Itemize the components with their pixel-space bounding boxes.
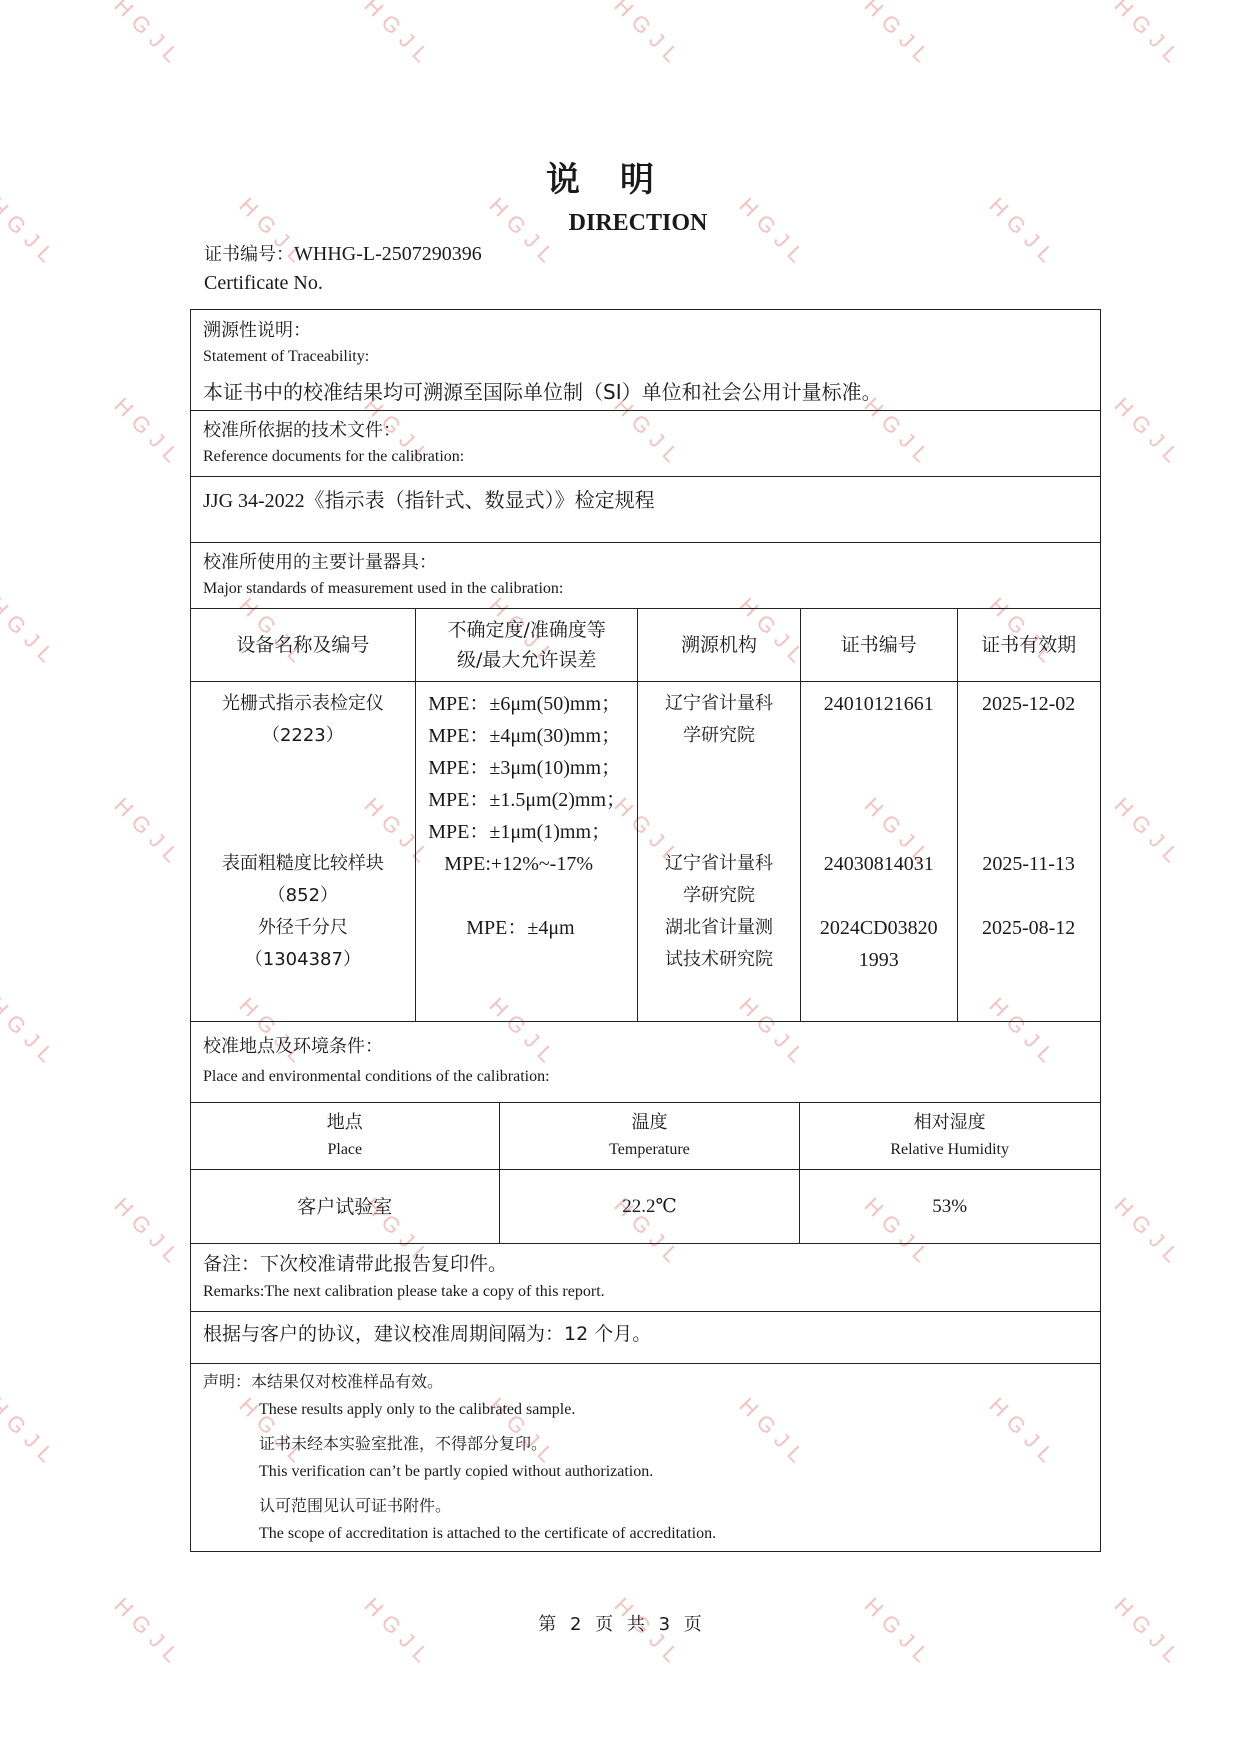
watermark-text: HGJL [109, 393, 190, 474]
standards-table: 设备名称及编号 不确定度/准确度等 级/最大允许误差 溯源机构 证书编号 证书有… [190, 608, 1101, 1022]
mpe-value: MPE：±6μm(50)mm； [428, 688, 633, 720]
col-header-uncertainty-line2: 级/最大允许误差 [420, 645, 633, 675]
page-title-en: DIRECTION [0, 210, 1240, 237]
page-number: 第 2 页 共 3 页 [0, 1610, 1240, 1636]
watermark-text: HGJL [1109, 793, 1190, 874]
watermark-text: HGJL [859, 0, 940, 73]
watermark-text: HGJL [0, 1393, 65, 1474]
remarks-cn: 备注：下次校准请带此报告复印件。 [203, 1249, 507, 1276]
institution-line: 试技术研究院 [642, 944, 796, 976]
statement-line: 声明：本结果仅对校准样品有效。 [203, 1369, 443, 1392]
mpe-value: MPE：±1.5μm(2)mm； [428, 784, 633, 816]
environment-label-section: 校准地点及环境条件： Place and environmental condi… [191, 1022, 1100, 1103]
cert-no-value: 2024CD03820 [805, 912, 953, 944]
remarks-section: 备注：下次校准请带此报告复印件。 Remarks:The next calibr… [191, 1243, 1100, 1312]
standards-label-en: Major standards of measurement used in t… [203, 580, 563, 598]
traceability-label-en: Statement of Traceability: [203, 348, 369, 366]
institution-line: 辽宁省计量科 [642, 848, 796, 880]
statement-en-3: The scope of accreditation is attached t… [259, 1525, 716, 1543]
cert-no-value: 1993 [805, 944, 953, 976]
reference-label-section: 校准所依据的技术文件： Reference documents for the … [191, 410, 1100, 477]
col-header-valid-until: 证书有效期 [957, 609, 1100, 682]
statement-label: 声明： [203, 1372, 251, 1391]
mpe-value: MPE：±3μm(10)mm； [428, 752, 633, 784]
valid-until-value: 2025-11-13 [962, 848, 1096, 880]
institution-cell: 辽宁省计量科 学研究院 辽宁省计量科 学研究院 湖北省计量测 试技术研究院 [638, 682, 801, 1022]
institution-line: 学研究院 [642, 880, 796, 912]
col-header-uncertainty: 不确定度/准确度等 级/最大允许误差 [416, 609, 638, 682]
valid-until-cell: 2025-12-02 2025-11-13 2025-08-12 [957, 682, 1100, 1022]
statement-cn-3: 认可范围见认可证书附件。 [259, 1493, 451, 1516]
standards-label-cn: 校准所使用的主要计量器具： [203, 548, 437, 574]
standards-header-row: 设备名称及编号 不确定度/准确度等 级/最大允许误差 溯源机构 证书编号 证书有… [190, 609, 1100, 682]
watermark-text: HGJL [1109, 1193, 1190, 1274]
certificate-number-value: WHHG-L-2507290396 [294, 243, 482, 265]
traceability-text: 本证书中的校准结果均可溯源至国际单位制（SI）单位和社会公用计量标准。 [203, 376, 882, 405]
col-header-equipment: 设备名称及编号 [190, 609, 416, 682]
env-header-cn: 温度 [504, 1109, 795, 1137]
valid-until-value: 2025-12-02 [962, 688, 1096, 720]
watermark-text: HGJL [1109, 0, 1190, 73]
environment-header-row: 地点 Place 温度 Temperature 相对湿度 Relative Hu… [190, 1103, 1100, 1170]
reference-label-en: Reference documents for the calibration: [203, 448, 464, 466]
certificate-number: 证书编号：WHHG-L-2507290396 [204, 240, 482, 266]
statement-cn-2: 证书未经本实验室批准，不得部分复印。 [259, 1431, 547, 1454]
equipment-id: （2223） [195, 720, 412, 752]
watermark-text: HGJL [109, 0, 190, 73]
institution-line: 学研究院 [642, 720, 796, 752]
env-header-en: Relative Humidity [804, 1137, 1096, 1163]
environment-value-row: 客户试验室 22.2℃ 53% [190, 1170, 1100, 1244]
env-header-en: Place [195, 1137, 496, 1163]
watermark-text: HGJL [109, 1193, 190, 1274]
env-header-en: Temperature [504, 1137, 795, 1163]
valid-until-value: 2025-08-12 [962, 912, 1096, 944]
watermark-text: HGJL [609, 0, 690, 73]
watermark-text: HGJL [109, 793, 190, 874]
watermark-text: HGJL [359, 0, 440, 73]
statement-text: 本结果仅对校准样品有效。 [251, 1372, 443, 1391]
cert-no-cell: 24010121661 24030814031 2024CD03820 1993 [800, 682, 957, 1022]
reference-document: JJG 34-2022《指示表（指针式、数显式）》检定规程 [191, 476, 1100, 543]
traceability-label-cn: 溯源性说明： [203, 316, 311, 342]
env-header-cn: 地点 [195, 1109, 496, 1137]
equipment-name: 表面粗糙度比较样块 [195, 848, 412, 880]
standards-body-row: 光栅式指示表检定仪 （2223） 表面粗糙度比较样块 （852） 外径千分尺 （… [190, 682, 1100, 1022]
standards-label-section: 校准所使用的主要计量器具： Major standards of measure… [191, 542, 1100, 608]
cert-no-value: 24030814031 [805, 848, 953, 880]
statement-en-2: This verification can’t be partly copied… [259, 1463, 653, 1481]
env-header-cn: 相对湿度 [804, 1109, 1096, 1137]
certificate-number-label: 证书编号： [204, 244, 294, 265]
mpe-value: MPE：±4μm [428, 912, 633, 944]
equipment-name: 外径千分尺 [195, 912, 412, 944]
watermark-text: HGJL [1109, 393, 1190, 474]
page-title-cn: 说明 [0, 152, 1240, 201]
remarks-en: Remarks:The next calibration please take… [203, 1283, 605, 1301]
statement-en-1: These results apply only to the calibrat… [259, 1401, 575, 1419]
mpe-value: MPE：±1μm(1)mm； [428, 816, 633, 848]
equipment-id: （1304387） [195, 944, 412, 976]
env-place-value: 客户试验室 [190, 1170, 500, 1244]
watermark-text: HGJL [0, 993, 65, 1074]
direction-table: 溯源性说明： Statement of Traceability: 本证书中的校… [190, 309, 1101, 1552]
certificate-number-label-en: Certificate No. [204, 272, 323, 295]
col-header-uncertainty-line1: 不确定度/准确度等 [420, 615, 633, 645]
env-temperature-value: 22.2℃ [500, 1170, 800, 1244]
environment-table: 地点 Place 温度 Temperature 相对湿度 Relative Hu… [190, 1102, 1101, 1244]
watermark-text: HGJL [0, 593, 65, 674]
reference-document-text: JJG 34-2022《指示表（指针式、数显式）》检定规程 [203, 484, 655, 513]
cert-no-value: 24010121661 [805, 688, 953, 720]
equipment-cell: 光栅式指示表检定仪 （2223） 表面粗糙度比较样块 （852） 外径千分尺 （… [190, 682, 416, 1022]
env-humidity-value: 53% [799, 1170, 1100, 1244]
env-header-humidity: 相对湿度 Relative Humidity [799, 1103, 1100, 1170]
mpe-cell: MPE：±6μm(50)mm； MPE：±4μm(30)mm； MPE：±3μm… [416, 682, 638, 1022]
col-header-institution: 溯源机构 [638, 609, 801, 682]
environment-label-en: Place and environmental conditions of th… [203, 1068, 550, 1086]
environment-label-cn: 校准地点及环境条件： [203, 1032, 383, 1058]
statement-section: 声明：本结果仅对校准样品有效。 These results apply only… [191, 1363, 1100, 1551]
env-header-temperature: 温度 Temperature [500, 1103, 800, 1170]
col-header-cert-no: 证书编号 [800, 609, 957, 682]
reference-label-cn: 校准所依据的技术文件： [203, 416, 401, 442]
equipment-name: 光栅式指示表检定仪 [195, 688, 412, 720]
calibration-interval-section: 根据与客户的协议，建议校准周期间隔为：12 个月。 [191, 1311, 1100, 1364]
mpe-value: MPE:+12%~-17% [428, 848, 633, 880]
calibration-interval-text: 根据与客户的协议，建议校准周期间隔为：12 个月。 [203, 1319, 651, 1346]
institution-line: 辽宁省计量科 [642, 688, 796, 720]
institution-line: 湖北省计量测 [642, 912, 796, 944]
env-header-place: 地点 Place [190, 1103, 500, 1170]
equipment-id: （852） [195, 880, 412, 912]
traceability-section: 溯源性说明： Statement of Traceability: 本证书中的校… [191, 310, 1100, 411]
mpe-value: MPE：±4μm(30)mm； [428, 720, 633, 752]
